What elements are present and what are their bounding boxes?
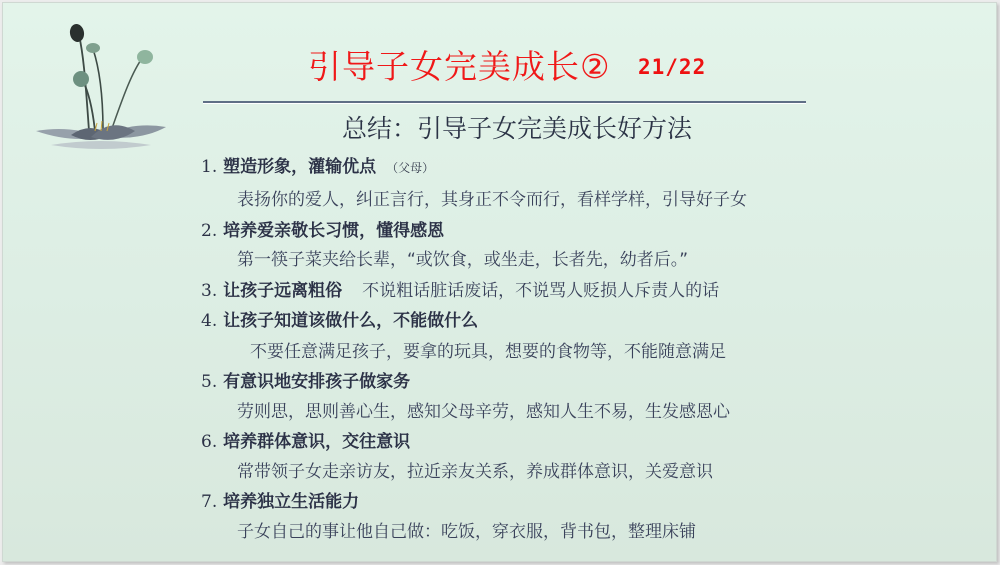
item-number: 5.	[201, 372, 217, 392]
item-heading-4: 4. 让孩子知道该做什么，不能做什么	[201, 306, 478, 331]
item-heading-text: 让孩子知道该做什么，不能做什么	[223, 311, 478, 331]
item-number: 1.	[201, 157, 217, 177]
item-number: 3.	[201, 281, 217, 301]
item-heading-text: 有意识地安排孩子做家务	[223, 372, 410, 392]
item-detail-5: 劳则思，思则善心生，感知父母辛劳，感知人生不易，生发感恩心	[237, 397, 730, 422]
item-heading-text: 培养爱亲敬长习惯，懂得感恩	[223, 221, 444, 241]
lotus-painting-icon	[31, 13, 181, 153]
item-number: 6.	[201, 432, 217, 452]
item-number: 7.	[201, 492, 217, 512]
item-heading-6: 6. 培养群体意识，交往意识	[201, 427, 410, 452]
item-note: （父母）	[386, 161, 434, 175]
item-heading-2: 2. 培养爱亲敬长习惯，懂得感恩	[201, 216, 444, 241]
item-inline-detail: 不说粗话脏话废话，不说骂人贬损人斥责人的话	[362, 281, 719, 301]
slide-title: 引导子女完美成长②	[308, 41, 611, 88]
slide-subtitle: 总结：引导子女完美成长好方法	[342, 109, 692, 145]
item-heading-text: 塑造形象，灌输优点	[223, 157, 376, 177]
item-heading-7: 7. 培养独立生活能力	[201, 487, 359, 512]
item-detail-7: 子女自己的事让他自己做：吃饭，穿衣服，背书包，整理床铺	[237, 517, 696, 542]
item-detail-2: 第一筷子菜夹给长辈，“或饮食，或坐走，长者先，幼者后。”	[237, 245, 688, 270]
slide-canvas: 引导子女完美成长② 21/22 总结：引导子女完美成长好方法 1. 塑造形象，灌…	[2, 2, 997, 562]
item-heading-text: 让孩子远离粗俗	[223, 281, 342, 301]
item-number: 2.	[201, 221, 217, 241]
page-indicator: 21/22	[638, 55, 706, 79]
item-heading-3: 3. 让孩子远离粗俗 不说粗话脏话废话，不说骂人贬损人斥责人的话	[201, 276, 719, 301]
item-detail-4: 不要任意满足孩子，要拿的玩具，想要的食物等，不能随意满足	[250, 337, 726, 362]
title-divider	[203, 101, 806, 104]
item-heading-5: 5. 有意识地安排孩子做家务	[201, 367, 410, 392]
item-heading-text: 培养群体意识，交往意识	[223, 432, 410, 452]
item-detail-1: 表扬你的爱人，纠正言行，其身正不令而行，看样学样，引导好子女	[237, 185, 747, 210]
item-detail-6: 常带领子女走亲访友，拉近亲友关系，养成群体意识，关爱意识	[237, 457, 713, 482]
item-number: 4.	[201, 311, 217, 331]
item-heading-1: 1. 塑造形象，灌输优点 （父母）	[201, 152, 434, 177]
item-heading-text: 培养独立生活能力	[223, 492, 359, 512]
